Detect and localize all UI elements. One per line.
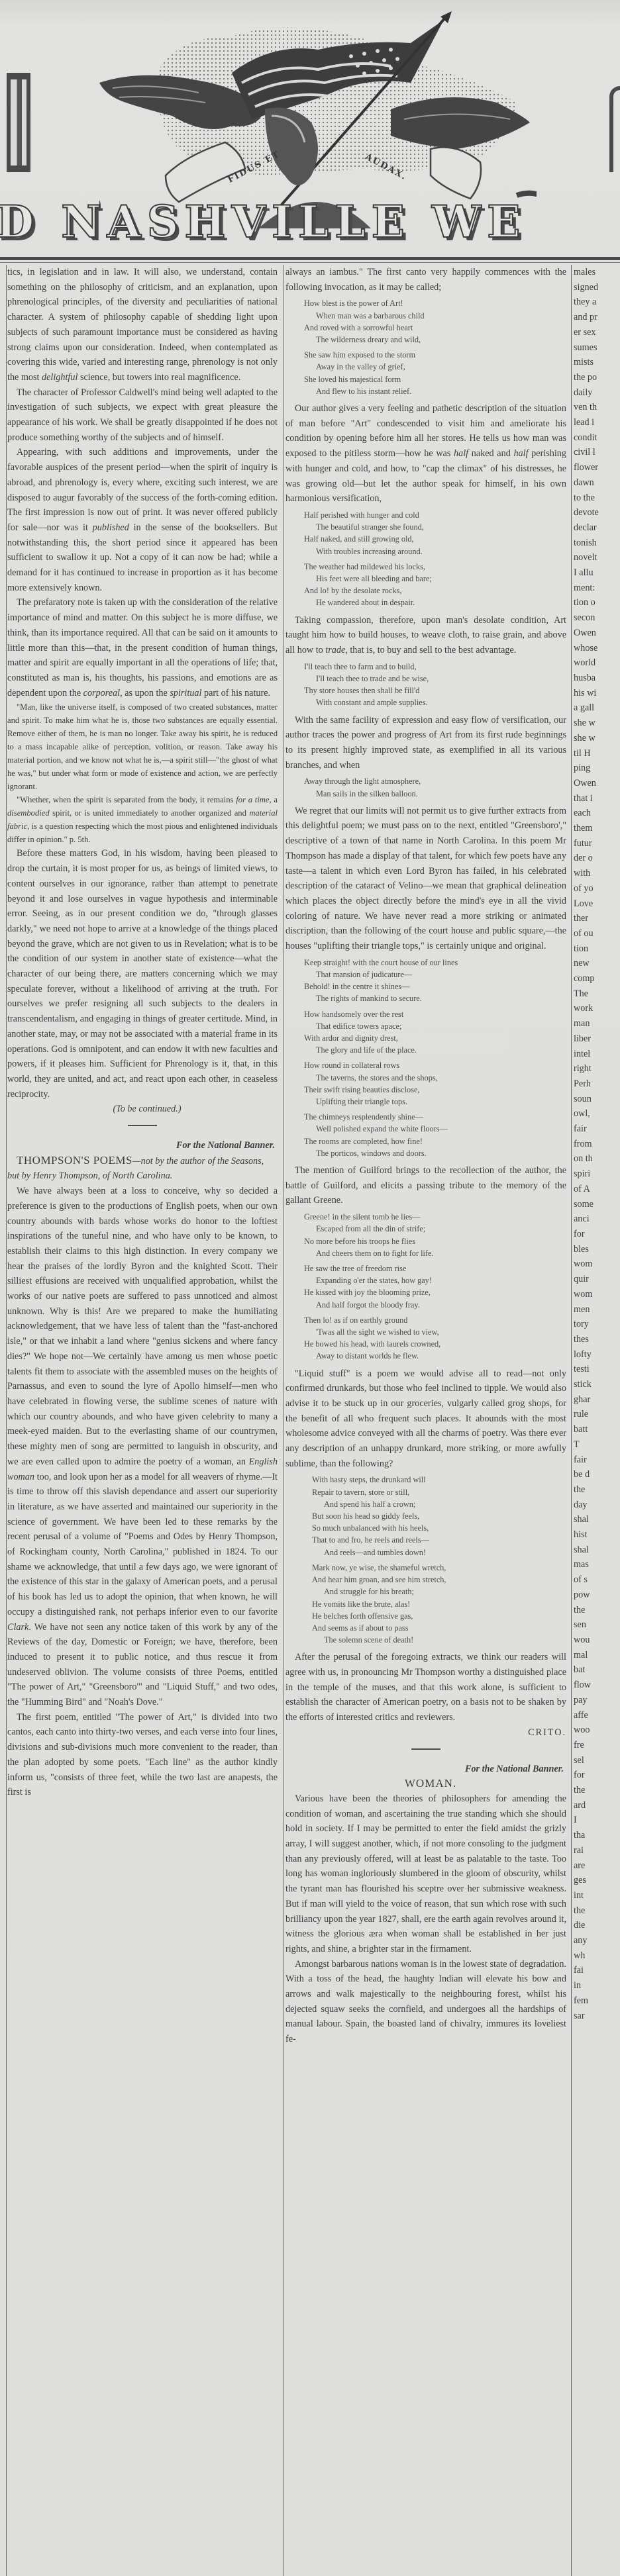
text-fragment: the: [574, 1903, 620, 1919]
text: We have always been at a loss to conceiv…: [7, 1186, 278, 1467]
text-fragment: in: [574, 1978, 620, 1993]
poem-stanza: The chimneys resplendently shine—Well po…: [304, 1111, 566, 1159]
text-fragment: der o: [574, 851, 620, 866]
poem-line: The taverns, the stores and the shops,: [304, 1072, 566, 1084]
emphasis: half: [513, 448, 528, 459]
column-rule: [283, 265, 284, 2576]
poem-stanza: Then lo! as if on earthly ground'Twas al…: [304, 1314, 566, 1362]
poem-line: When man was a barbarous child: [304, 310, 566, 322]
text-fragment: some: [574, 1197, 620, 1212]
text-fragment: shal: [574, 1512, 620, 1527]
text-fragment: and pr: [574, 310, 620, 325]
text-fragment: intel: [574, 1047, 620, 1062]
text-fragment: batt: [574, 1422, 620, 1437]
poem-stanza: How round in collateral rowsThe taverns,…: [304, 1059, 566, 1108]
text-fragment: bles: [574, 1242, 620, 1257]
signature: CRITO.: [285, 1725, 566, 1741]
poem-excerpt: Greene! in the silent tomb he lies—Escap…: [285, 1211, 566, 1362]
masthead-rule-thick: [0, 257, 620, 260]
poem-line: But soon his head so giddy feels,: [312, 1510, 566, 1522]
poem-line: I'll teach thee to trade and be wise,: [304, 673, 566, 685]
poem-line: How blest is the power of Art!: [304, 297, 566, 309]
poem-line: And roved with a sorrowful heart: [304, 322, 566, 334]
text-fragment: wom: [574, 1257, 620, 1272]
text-fragment: tion o: [574, 595, 620, 610]
poem-line: The solemn scene of death!: [312, 1634, 566, 1646]
text: too, and look upon her as a model for al…: [7, 1472, 278, 1617]
poem-line: Expanding o'er the states, how gay!: [304, 1274, 566, 1286]
text: . We have not seen any notice taken of t…: [7, 1622, 278, 1708]
poem-stanza: Greene! in the silent tomb he lies—Escap…: [304, 1211, 566, 1259]
poem-line: He vomits like the brute, alas!: [312, 1598, 566, 1610]
text-fragment: tonish: [574, 536, 620, 551]
text-fragment: ges: [574, 1873, 620, 1888]
quotation: "Man, like the universe itself, is compo…: [7, 700, 278, 793]
byline: For the National Banner.: [285, 1762, 566, 1777]
poem-stanza: Away through the light atmosphere,Man sa…: [304, 775, 566, 799]
poem-line: He wandered about in despair.: [304, 596, 566, 608]
text-fragment: thes: [574, 1332, 620, 1347]
text-fragment: Owen: [574, 776, 620, 791]
poem-line: I'll teach thee to farm and to build,: [304, 661, 566, 673]
poem-stanza: How blest is the power of Art!When man w…: [304, 297, 566, 346]
text-fragment: ment:: [574, 581, 620, 596]
article-headline: THOMPSON'S POEMS—not by the author of th…: [7, 1153, 278, 1184]
poem-line: And cheers them on to fight for life.: [304, 1247, 566, 1259]
poem-line: He belches forth offensive gas,: [312, 1610, 566, 1622]
text-fragment: to the: [574, 491, 620, 506]
poem-line: The wilderness dreary and wild,: [304, 334, 566, 346]
text-fragment: signed: [574, 280, 620, 295]
paragraph: always an iambus." The first canto very …: [285, 265, 566, 295]
text-fragment: mal: [574, 1648, 620, 1663]
text-fragment: til H: [574, 746, 620, 761]
text: Appearing, with such additions and impro…: [7, 447, 278, 533]
text-fragment: tha: [574, 1828, 620, 1843]
text-fragment: woo: [574, 1723, 620, 1738]
poem-line: Half perished with hunger and cold: [304, 509, 566, 521]
text-fragment: she w: [574, 716, 620, 731]
section-divider: [411, 1748, 440, 1750]
paragraph: Taking compassion, therefore, upon man's…: [285, 613, 566, 658]
poem-line: The weather had mildewed his locks,: [304, 561, 566, 573]
poem-line: That mansion of judicature—: [304, 969, 566, 980]
quotation: "Whether, when the spirit is separated f…: [7, 793, 278, 846]
text-fragment: are: [574, 1858, 620, 1874]
text-fragment: soun: [574, 1092, 620, 1107]
text-fragment: ard: [574, 1798, 620, 1813]
text-fragment: futur: [574, 836, 620, 851]
poem-line: His feet were all bleeding and bare;: [304, 573, 566, 585]
text-fragment: shal: [574, 1543, 620, 1558]
poem-line: She saw him exposed to the storm: [304, 349, 566, 361]
poem-line: And spend his half a crown;: [312, 1498, 566, 1510]
poem-stanza: I'll teach thee to farm and to build,I'l…: [304, 661, 566, 709]
text-fragment: they a: [574, 295, 620, 310]
text: tics, in legislation and in law. It will…: [7, 267, 278, 383]
text-fragment: day: [574, 1498, 620, 1513]
emphasis: trade: [325, 645, 345, 655]
text-fragment: with: [574, 866, 620, 881]
poem-stanza: Half perished with hunger and coldThe be…: [304, 509, 566, 557]
paragraph: Our author gives a very feeling and path…: [285, 401, 566, 506]
emphasis: published: [93, 522, 129, 533]
poem-excerpt: With hasty steps, the drunkard willRepai…: [285, 1474, 566, 1646]
poem-line: The beautiful stranger she found,: [304, 521, 566, 533]
poem-line: So much unbalanced with his heels,: [312, 1522, 566, 1534]
text-fragment: them: [574, 821, 620, 836]
text-fragment: er sex: [574, 325, 620, 340]
text-fragment: I: [574, 1813, 620, 1828]
text-fragment: fem: [574, 1993, 620, 2009]
poem-excerpt: Half perished with hunger and coldThe be…: [285, 509, 566, 609]
poem-line: Then lo! as if on earthly ground: [304, 1314, 566, 1326]
text-fragment: world: [574, 655, 620, 671]
masthead-letter-fragment-left: [7, 73, 30, 172]
column-fragment-right: malessignedthey aand prer sexsumesmistst…: [574, 265, 620, 2576]
poem-line: How round in collateral rows: [304, 1059, 566, 1071]
text-fragment: dawn: [574, 475, 620, 491]
paragraph: Appearing, with such additions and impro…: [7, 445, 278, 595]
emphasis: corporeal: [83, 688, 120, 698]
text-fragment: work: [574, 1001, 620, 1016]
text-fragment: mists: [574, 355, 620, 370]
text-fragment: the po: [574, 370, 620, 385]
paragraph: With the same facility of expression and…: [285, 713, 566, 773]
paragraph: The first poem, entitled "The power of A…: [7, 1710, 278, 1800]
text-fragment: of s: [574, 1572, 620, 1588]
paragraph: Amongst barbarous nations woman is in th…: [285, 1957, 566, 2047]
poem-line: Away through the light atmosphere,: [304, 775, 566, 787]
text-fragment: the: [574, 1482, 620, 1498]
text-fragment: novelt: [574, 550, 620, 565]
text-fragment: die: [574, 1918, 620, 1933]
paragraph: Before these matters God, in his wisdom,…: [7, 846, 278, 1102]
text-fragment: flow: [574, 1678, 620, 1693]
poem-line: With constant and ample supplies.: [304, 696, 566, 708]
poem-line: He bowed his head, with laurels crowned,: [304, 1338, 566, 1350]
text-fragment: bat: [574, 1662, 620, 1678]
text-fragment: wom: [574, 1287, 620, 1302]
poem-excerpt: Keep straight! with the court house of o…: [285, 957, 566, 1159]
text-fragment: that i: [574, 791, 620, 806]
text-fragment: The: [574, 986, 620, 1002]
text-fragment: fair: [574, 1121, 620, 1137]
column-phrenology-and-thompson: tics, in legislation and in law. It will…: [7, 265, 280, 2576]
poem-line: He saw the tree of freedom rise: [304, 1263, 566, 1274]
text-fragment: his wi: [574, 686, 620, 701]
poem-line: The rights of mankind to secure.: [304, 992, 566, 1004]
poem-line: Greene! in the silent tomb he lies—: [304, 1211, 566, 1223]
text-fragment: of ou: [574, 926, 620, 941]
headline-caps: THOMPSON'S POEMS: [17, 1154, 132, 1167]
poem-line: The chimneys resplendently shine—: [304, 1111, 566, 1123]
poem-excerpt: Away through the light atmosphere,Man sa…: [285, 775, 566, 799]
newspaper-title: D NASHVILLE WE: [0, 200, 620, 244]
text-fragment: fair: [574, 1453, 620, 1468]
text: The prefaratory note is taken up with th…: [7, 597, 278, 698]
text-fragment: wou: [574, 1633, 620, 1648]
poem-line: 'Twas all the sight we wished to view,: [304, 1326, 566, 1338]
poem-line: And seems as if about to pass: [312, 1622, 566, 1634]
poem-line: And half forgot the bloody fray.: [304, 1299, 566, 1311]
text-fragment: spiri: [574, 1167, 620, 1182]
masthead-rule-thin: [0, 262, 620, 263]
text-fragment: mas: [574, 1557, 620, 1572]
text-fragment: ghar: [574, 1392, 620, 1407]
poem-line: Escaped from all the din of strife;: [304, 1223, 566, 1235]
text-fragment: ven th: [574, 400, 620, 415]
text: , as upon the: [120, 688, 170, 698]
column-rule: [571, 265, 572, 2576]
text-fragment: rule: [574, 1407, 620, 1422]
text-fragment: anci: [574, 1212, 620, 1227]
poem-stanza: Keep straight! with the court house of o…: [304, 957, 566, 1005]
text-fragment: stick: [574, 1377, 620, 1392]
text-fragment: males: [574, 265, 620, 280]
text-fragment: sumes: [574, 340, 620, 356]
text-fragment: a gall: [574, 700, 620, 716]
text-fragment: sar: [574, 2009, 620, 2024]
text-fragment: for: [574, 1768, 620, 1783]
poem-line: With ardor and dignity drest,: [304, 1032, 566, 1044]
column-thompson-review-and-woman: always an iambus." The first canto very …: [285, 265, 569, 2576]
emphasis: for a time: [236, 795, 269, 804]
text-fragment: from: [574, 1137, 620, 1152]
text-fragment: testi: [574, 1362, 620, 1377]
emphasis: half: [454, 448, 468, 459]
text-fragment: ther: [574, 911, 620, 926]
text-fragment: the: [574, 1783, 620, 1798]
poem-line: With troubles increasing around.: [304, 546, 566, 557]
text-fragment: devote: [574, 505, 620, 520]
text: naked and: [468, 448, 513, 459]
text-fragment: lofty: [574, 1347, 620, 1362]
poem-line: Away to distant worlds he flew.: [304, 1350, 566, 1362]
text-fragment: Love: [574, 896, 620, 912]
text-fragment: pay: [574, 1693, 620, 1708]
text-fragment: be d: [574, 1467, 620, 1482]
text-fragment: fai: [574, 1963, 620, 1978]
poem-line: And flew to his instant relief.: [304, 385, 566, 397]
poem-line: With hasty steps, the drunkard will: [312, 1474, 566, 1486]
text-fragment: affe: [574, 1708, 620, 1723]
masthead-letter-fragment-right: [609, 86, 620, 172]
text-fragment: wh: [574, 1948, 620, 1964]
text-fragment: sel: [574, 1753, 620, 1768]
poem-stanza: He saw the tree of freedom riseExpanding…: [304, 1263, 566, 1311]
emphasis: Clark: [7, 1622, 28, 1633]
text: science, but towers into real magnificen…: [77, 372, 240, 383]
text-fragment: condit: [574, 430, 620, 446]
poem-line: Uplifting their triangle tops.: [304, 1096, 566, 1108]
poem-line: And reels—and tumbles down!: [312, 1547, 566, 1558]
text-fragment: comp: [574, 971, 620, 986]
text: "Whether, when the spirit is separated f…: [17, 795, 236, 804]
poem-line: The porticos, windows and doors.: [304, 1147, 566, 1159]
text-fragment: owl,: [574, 1106, 620, 1121]
paragraph: After the perusal of the foregoing extra…: [285, 1650, 566, 1725]
poem-line: Repair to tavern, store or still,: [312, 1486, 566, 1498]
emphasis: disembodied: [7, 808, 50, 818]
paragraph: tics, in legislation and in law. It will…: [7, 265, 278, 385]
text-fragment: quir: [574, 1272, 620, 1287]
text-fragment: pow: [574, 1588, 620, 1603]
text-fragment: tory: [574, 1317, 620, 1332]
paragraph: Various have been the theories of philos…: [285, 1791, 566, 1957]
text-fragment: man: [574, 1016, 620, 1031]
emphasis: delightful: [42, 372, 77, 383]
fragment-list: malessignedthey aand prer sexsumesmistst…: [574, 265, 620, 2023]
column-rule: [6, 265, 7, 2576]
text: , a: [269, 795, 278, 804]
text-fragment: of yo: [574, 881, 620, 896]
text: part of his nature.: [201, 688, 270, 698]
text-fragment: I allu: [574, 565, 620, 581]
paragraph: We have always been at a loss to conceiv…: [7, 1184, 278, 1710]
text-fragment: flower: [574, 460, 620, 475]
text-fragment: T: [574, 1437, 620, 1453]
poem-stanza: Mark now, ye wise, the shameful wretch,A…: [312, 1562, 566, 1646]
text-fragment: any: [574, 1933, 620, 1948]
paragraph: "Liquid stuff" is a poem we would advise…: [285, 1366, 566, 1472]
text: , is a question respecting which the mos…: [7, 822, 278, 844]
paragraph: The mention of Guilford brings to the re…: [285, 1163, 566, 1208]
poem-excerpt: How blest is the power of Art!When man w…: [285, 297, 566, 397]
poem-stanza: With hasty steps, the drunkard willRepai…: [312, 1474, 566, 1558]
poem-line: Away in the valley of grief,: [304, 361, 566, 373]
newspaper-page: FIDUS ET AUDAX. D NASHVILLE WE tics, in …: [0, 0, 620, 2576]
poem-line: How handsomely over the rest: [304, 1008, 566, 1020]
poem-line: And hear him groan, and see him stretch,: [312, 1574, 566, 1586]
poem-line: And lo! by the desolate rocks,: [304, 585, 566, 596]
poem-stanza: The weather had mildewed his locks,His f…: [304, 561, 566, 609]
text-fragment: Owen: [574, 626, 620, 641]
column-fragment-left: [0, 265, 6, 2576]
section-divider: [128, 1125, 157, 1126]
poem-line: That to and fro, he reels and reels—: [312, 1534, 566, 1546]
poem-line: That edifice towers apace;: [304, 1020, 566, 1032]
poem-line: He kissed with joy the blooming prize,: [304, 1286, 566, 1298]
paragraph: The character of Professor Caldwell's mi…: [7, 385, 278, 446]
text-fragment: civil l: [574, 445, 620, 460]
text-fragment: fre: [574, 1738, 620, 1753]
text-fragment: the: [574, 1603, 620, 1618]
poem-line: Behold! in the centre it shines—: [304, 980, 566, 992]
emphasis: spiritual: [170, 688, 201, 698]
to-be-continued-note: (To be continued.): [7, 1102, 278, 1117]
poem-line: Well polished expand the white floors—: [304, 1123, 566, 1135]
text-fragment: each: [574, 806, 620, 821]
text-fragment: new: [574, 956, 620, 971]
poem-line: The rooms are completed, how fine!: [304, 1135, 566, 1147]
paragraph: We regret that our limits will not permi…: [285, 804, 566, 954]
text-fragment: men: [574, 1302, 620, 1317]
text-fragment: husba: [574, 671, 620, 686]
text-fragment: right: [574, 1061, 620, 1076]
text: spirit, or is united immediately to anot…: [50, 808, 250, 818]
masthead: FIDUS ET AUDAX. D NASHVILLE WE: [0, 0, 620, 252]
text-fragment: she w: [574, 731, 620, 746]
poem-line: And struggle for his breath;: [312, 1586, 566, 1598]
byline: For the National Banner.: [7, 1138, 278, 1153]
text: , that is, to buy and sell to the best a…: [345, 645, 516, 655]
text-fragment: on th: [574, 1151, 620, 1167]
poem-stanza: How handsomely over the restThat edifice…: [304, 1008, 566, 1057]
poem-line: She loved his majestical form: [304, 373, 566, 385]
poem-line: Keep straight! with the court house of o…: [304, 957, 566, 969]
poem-line: Their swift rising beauties disclose,: [304, 1084, 566, 1096]
text-fragment: int: [574, 1888, 620, 1903]
text-fragment: rai: [574, 1843, 620, 1858]
poem-line: The glory and life of the place.: [304, 1044, 566, 1056]
text-fragment: liber: [574, 1031, 620, 1047]
poem-excerpt: I'll teach thee to farm and to build,I'l…: [285, 661, 566, 709]
poem-line: Man sails in the silken balloon.: [304, 788, 566, 800]
poem-line: No more before his troops he flies: [304, 1235, 566, 1247]
article-headline: WOMAN.: [285, 1776, 566, 1791]
text-fragment: whose: [574, 641, 620, 656]
poem-line: Thy store houses then shall be fill'd: [304, 685, 566, 696]
text-fragment: ping: [574, 761, 620, 776]
text-fragment: sen: [574, 1617, 620, 1633]
poem-line: Mark now, ye wise, the shameful wretch,: [312, 1562, 566, 1574]
text-fragment: of A: [574, 1182, 620, 1197]
poem-stanza: She saw him exposed to the stormAway in …: [304, 349, 566, 397]
text-fragment: declar: [574, 520, 620, 536]
poem-line: Half naked, and still growing old,: [304, 533, 566, 545]
text-fragment: hist: [574, 1527, 620, 1543]
paragraph: The prefaratory note is taken up with th…: [7, 595, 278, 700]
text-fragment: lead i: [574, 415, 620, 430]
text-fragment: tion: [574, 941, 620, 957]
text-fragment: Perh: [574, 1076, 620, 1092]
text-fragment: daily: [574, 385, 620, 401]
text-fragment: for: [574, 1227, 620, 1242]
text-fragment: secon: [574, 610, 620, 626]
